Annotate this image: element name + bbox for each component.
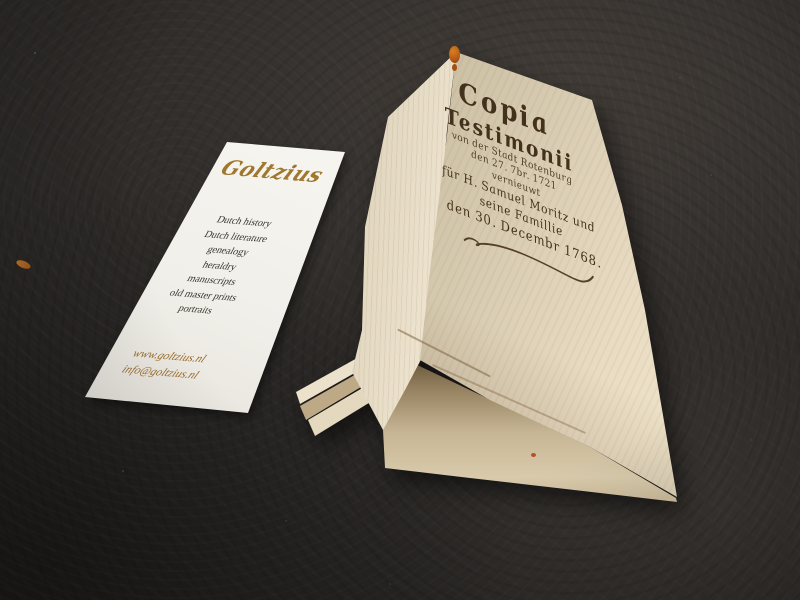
folded-manuscript: Copia Testimonii von der Stadt Rotenburg…: [0, 0, 800, 600]
wax-seal-remnant: [452, 64, 457, 71]
wax-speck: [531, 453, 536, 457]
photo-table-surface: Goltzius Dutch history Dutch literature …: [0, 0, 800, 600]
